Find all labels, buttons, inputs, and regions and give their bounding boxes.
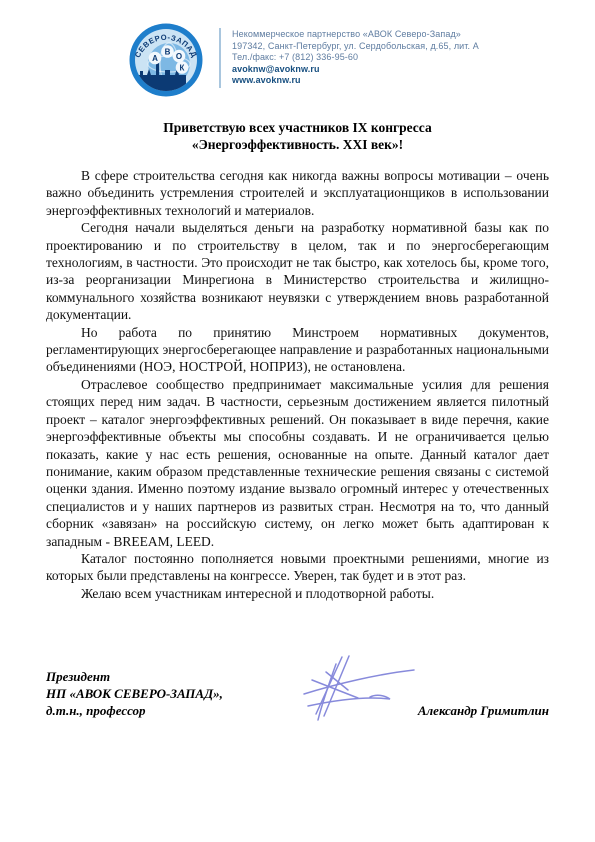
- avok-logo-icon: СЕВЕРО-ЗАПАД А В О К: [128, 22, 204, 98]
- letterhead-divider: [219, 28, 221, 88]
- paragraph: Отраслевое сообщество предпринимает макс…: [46, 376, 549, 550]
- letterhead: СЕВЕРО-ЗАПАД А В О К Некоммерческое парт…: [128, 22, 479, 98]
- signer-role: Президент НП «АВОК СЕВЕРО-ЗАПАД», д.т.н.…: [46, 668, 223, 719]
- paragraph: Сегодня начали выделяться деньги на разр…: [46, 219, 549, 323]
- letter-title: Приветствую всех участников IX конгресса…: [46, 119, 549, 153]
- logo-letter-k: К: [180, 64, 185, 73]
- letter-body: В сфере строительства сегодня как никогд…: [46, 167, 549, 602]
- org-email-link[interactable]: avoknw@avoknw.ru: [232, 64, 479, 76]
- signer-role-line2: НП «АВОК СЕВЕРО-ЗАПАД»,: [46, 685, 223, 702]
- logo-letter-v: В: [165, 48, 171, 57]
- paragraph: Каталог постоянно пополняется новыми про…: [46, 550, 549, 585]
- signer-name: Александр Гримитлин: [418, 702, 549, 719]
- signer-role-line3: д.т.н., профессор: [46, 702, 223, 719]
- letter-page: СЕВЕРО-ЗАПАД А В О К Некоммерческое парт…: [0, 0, 595, 842]
- org-name: Некоммерческое партнерство «АВОК Северо-…: [232, 29, 479, 41]
- paragraph: Но работа по принятию Минстроем норматив…: [46, 324, 549, 376]
- org-website-link[interactable]: www.avoknw.ru: [232, 75, 479, 87]
- contact-block: Некоммерческое партнерство «АВОК Северо-…: [232, 22, 479, 87]
- paragraph: В сфере строительства сегодня как никогд…: [46, 167, 549, 219]
- logo-letter-a: А: [152, 54, 158, 63]
- org-address: 197342, Санкт-Петербург, ул. Сердобольск…: [232, 41, 479, 53]
- paragraph: Желаю всем участникам интересной и плодо…: [46, 585, 549, 602]
- signature-block: Президент НП «АВОК СЕВЕРО-ЗАПАД», д.т.н.…: [46, 668, 549, 719]
- letter-title-line2: «Энергоэффективность. XXI век»!: [46, 136, 549, 153]
- signer-role-line1: Президент: [46, 668, 223, 685]
- letter-title-line1: Приветствую всех участников IX конгресса: [46, 119, 549, 136]
- org-phone: Тел./факс: +7 (812) 336-95-60: [232, 52, 479, 64]
- avok-logo: СЕВЕРО-ЗАПАД А В О К: [128, 22, 204, 98]
- logo-letter-o: О: [176, 52, 182, 61]
